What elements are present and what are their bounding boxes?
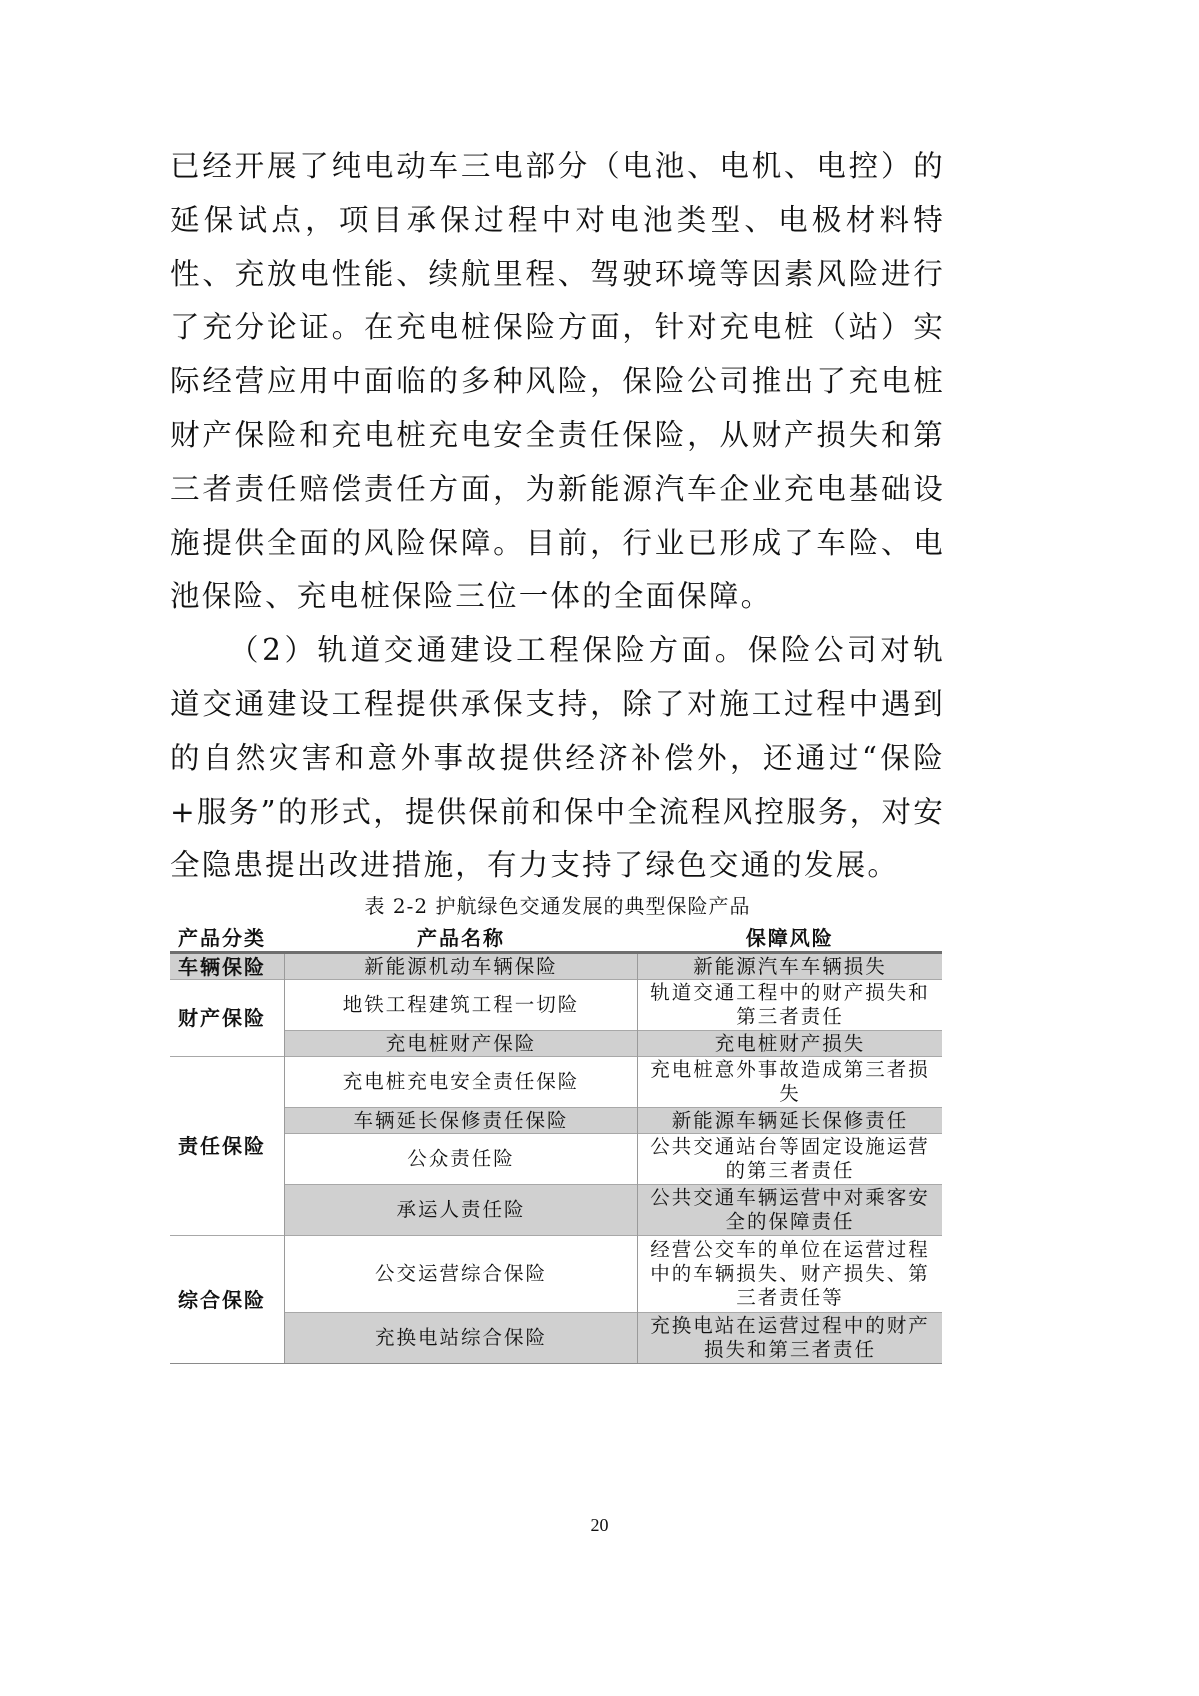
table-row: 车辆保险 新能源机动车辆保险 新能源汽车车辆损失 xyxy=(170,953,942,980)
category-cell: 综合保险 xyxy=(170,1236,285,1364)
product-name-cell: 车辆延长保修责任保险 xyxy=(285,1108,638,1134)
covered-risk-cell: 公共交通站台等固定设施运营的第三者责任 xyxy=(638,1134,943,1185)
header-category: 产品分类 xyxy=(170,920,285,953)
table-row: 充电桩财产保险 充电桩财产损失 xyxy=(170,1031,942,1057)
header-product-name: 产品名称 xyxy=(285,920,638,953)
table-caption: 表 2-2 护航绿色交通发展的典型保险产品 xyxy=(170,890,945,919)
category-cell: 责任保险 xyxy=(170,1057,285,1236)
table-row: 车辆延长保修责任保险 新能源车辆延长保修责任 xyxy=(170,1108,942,1134)
table-row: 财产保险 地铁工程建筑工程一切险 轨道交通工程中的财产损失和第三者责任 xyxy=(170,980,942,1031)
insurance-products-table: 产品分类 产品名称 保障风险 车辆保险 新能源机动车辆保险 新能源汽车车辆损失 … xyxy=(170,920,942,1364)
product-name-cell: 充换电站综合保险 xyxy=(285,1313,638,1364)
table-row: 公众责任险 公共交通站台等固定设施运营的第三者责任 xyxy=(170,1134,942,1185)
product-name-cell: 承运人责任险 xyxy=(285,1185,638,1236)
page-number: 20 xyxy=(0,1515,1199,1536)
covered-risk-cell: 轨道交通工程中的财产损失和第三者责任 xyxy=(638,980,943,1031)
product-name-cell: 公众责任险 xyxy=(285,1134,638,1185)
product-name-cell: 充电桩财产保险 xyxy=(285,1031,638,1057)
body-text: 已经开展了纯电动车三电部分（电池、电机、电控）的延保试点，项目承保过程中对电池类… xyxy=(170,140,945,893)
table-row: 综合保险 公交运营综合保险 经营公交车的单位在运营过程中的车辆损失、财产损失、第… xyxy=(170,1236,942,1313)
product-name-cell: 新能源机动车辆保险 xyxy=(285,953,638,980)
table-row: 责任保险 充电桩充电安全责任保险 充电桩意外事故造成第三者损失 xyxy=(170,1057,942,1108)
covered-risk-cell: 经营公交车的单位在运营过程中的车辆损失、财产损失、第三者责任等 xyxy=(638,1236,943,1313)
paragraph-ev-insurance: 已经开展了纯电动车三电部分（电池、电机、电控）的延保试点，项目承保过程中对电池类… xyxy=(170,140,945,624)
covered-risk-cell: 新能源车辆延长保修责任 xyxy=(638,1108,943,1134)
table-row: 承运人责任险 公共交通车辆运营中对乘客安全的保障责任 xyxy=(170,1185,942,1236)
product-name-cell: 充电桩充电安全责任保险 xyxy=(285,1057,638,1108)
product-name-cell: 公交运营综合保险 xyxy=(285,1236,638,1313)
covered-risk-cell: 充换电站在运营过程中的财产损失和第三者责任 xyxy=(638,1313,943,1364)
covered-risk-cell: 公共交通车辆运营中对乘客安全的保障责任 xyxy=(638,1185,943,1236)
covered-risk-cell: 充电桩财产损失 xyxy=(638,1031,943,1057)
covered-risk-cell: 新能源汽车车辆损失 xyxy=(638,953,943,980)
product-name-cell: 地铁工程建筑工程一切险 xyxy=(285,980,638,1031)
covered-risk-cell: 充电桩意外事故造成第三者损失 xyxy=(638,1057,943,1108)
category-cell: 财产保险 xyxy=(170,980,285,1057)
category-cell: 车辆保险 xyxy=(170,953,285,980)
header-covered-risk: 保障风险 xyxy=(638,920,943,953)
table-row: 充换电站综合保险 充换电站在运营过程中的财产损失和第三者责任 xyxy=(170,1313,942,1364)
paragraph-rail-transit-insurance: （2）轨道交通建设工程保险方面。保险公司对轨道交通建设工程提供承保支持，除了对施… xyxy=(170,624,945,893)
table-header-row: 产品分类 产品名称 保障风险 xyxy=(170,920,942,953)
